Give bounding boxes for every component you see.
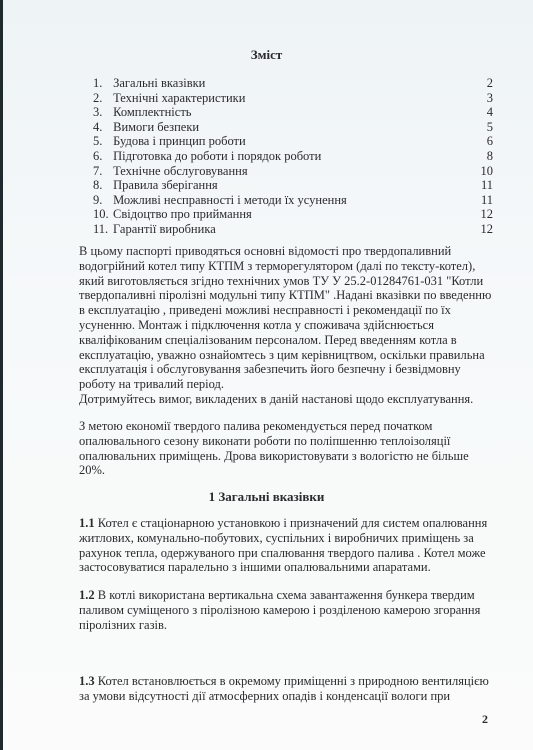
toc-entry-label: Свідоцтво про приймання bbox=[113, 207, 252, 222]
toc-entry: 3. Комплектність 4 bbox=[93, 105, 493, 120]
toc-entry-page: 6 bbox=[475, 134, 493, 149]
toc-entry-page: 10 bbox=[475, 164, 493, 179]
toc-entry: 5. Будова і принцип роботи 6 bbox=[93, 134, 493, 149]
toc-entry-page: 12 bbox=[475, 207, 493, 222]
toc-entry: 11.Гарантії виробника 12 bbox=[93, 222, 493, 237]
page-number: 2 bbox=[482, 712, 488, 727]
toc-entry-page: 11 bbox=[475, 178, 493, 193]
toc-entry-number: 5. bbox=[93, 134, 110, 149]
toc-entry-page: 12 bbox=[475, 222, 493, 237]
toc-entry-number: 11. bbox=[93, 222, 113, 237]
table-of-contents: 1. Загальні вказівки 2 2. Технічні харак… bbox=[93, 76, 493, 237]
toc-entry: 8. Правила зберігання 11 bbox=[93, 178, 493, 193]
toc-entry-label: Будова і принцип роботи bbox=[113, 134, 246, 149]
toc-entry-label: Правила зберігання bbox=[113, 178, 218, 193]
toc-entry-number: 7. bbox=[93, 164, 110, 179]
section-heading: 1 Загальні вказівки bbox=[0, 489, 533, 505]
economy-paragraph: З метою економії твердого палива рекомен… bbox=[79, 419, 519, 478]
toc-entry-page: 5 bbox=[475, 120, 493, 135]
intro-paragraph: В цьому паспорті приводяться основні від… bbox=[79, 244, 519, 407]
clause-1-2: 1.2 В котлі використана вертикальна схем… bbox=[79, 588, 519, 632]
clause-1-3: 1.3 Котел встановлюється в окремому прим… bbox=[79, 674, 519, 704]
toc-entry-number: 3. bbox=[93, 105, 110, 120]
document-page: Зміст 1. Загальні вказівки 2 2. Технічні… bbox=[0, 0, 533, 750]
toc-entry-number: 6. bbox=[93, 149, 110, 164]
toc-entry-number: 10. bbox=[93, 207, 113, 222]
toc-entry-label: Гарантії виробника bbox=[113, 222, 216, 237]
clause-text: Котел встановлюється в окремому приміщен… bbox=[79, 674, 489, 703]
toc-entry-label: Можливі несправності і методи їх усуненн… bbox=[113, 193, 347, 208]
clause-text: Котел є стаціонарною установкою і призна… bbox=[79, 516, 487, 574]
clause-number: 1.3 bbox=[79, 674, 95, 688]
toc-entry-label: Технічні характеристики bbox=[113, 91, 245, 106]
toc-entry-label: Технічне обслуговування bbox=[113, 164, 247, 179]
clause-text: В котлі використана вертикальна схема за… bbox=[79, 588, 480, 632]
toc-entry-label: Вимоги безпеки bbox=[113, 120, 199, 135]
toc-entry: 2. Технічні характеристики 3 bbox=[93, 91, 493, 106]
toc-entry-number: 2. bbox=[93, 91, 110, 106]
toc-entry-page: 11 bbox=[475, 193, 493, 208]
toc-entry-number: 9. bbox=[93, 193, 110, 208]
toc-entry: 6. Підготовка до роботи і порядок роботи… bbox=[93, 149, 493, 164]
toc-entry-label: Комплектність bbox=[113, 105, 191, 120]
toc-entry-number: 8. bbox=[93, 178, 110, 193]
toc-entry: 9. Можливі несправності і методи їх усун… bbox=[93, 193, 493, 208]
toc-entry-page: 8 bbox=[475, 149, 493, 164]
toc-entry-number: 4. bbox=[93, 120, 110, 135]
toc-entry-page: 3 bbox=[475, 91, 493, 106]
toc-title: Зміст bbox=[0, 47, 533, 63]
toc-entry-number: 1. bbox=[93, 76, 110, 91]
clause-number: 1.2 bbox=[79, 588, 95, 602]
toc-entry-page: 4 bbox=[475, 105, 493, 120]
clause-number: 1.1 bbox=[79, 516, 95, 530]
clause-1-1: 1.1 Котел є стаціонарною установкою і пр… bbox=[79, 516, 519, 575]
toc-entry-page: 2 bbox=[475, 76, 493, 91]
toc-entry: 1. Загальні вказівки 2 bbox=[93, 76, 493, 91]
toc-entry: 10.Свідоцтво про приймання 12 bbox=[93, 207, 493, 222]
toc-entry: 7. Технічне обслуговування 10 bbox=[93, 164, 493, 179]
toc-entry-label: Підготовка до роботи і порядок роботи bbox=[113, 149, 321, 164]
toc-entry: 4. Вимоги безпеки 5 bbox=[93, 120, 493, 135]
toc-entry-label: Загальні вказівки bbox=[113, 76, 205, 91]
scan-edge-shadow bbox=[0, 0, 3, 750]
